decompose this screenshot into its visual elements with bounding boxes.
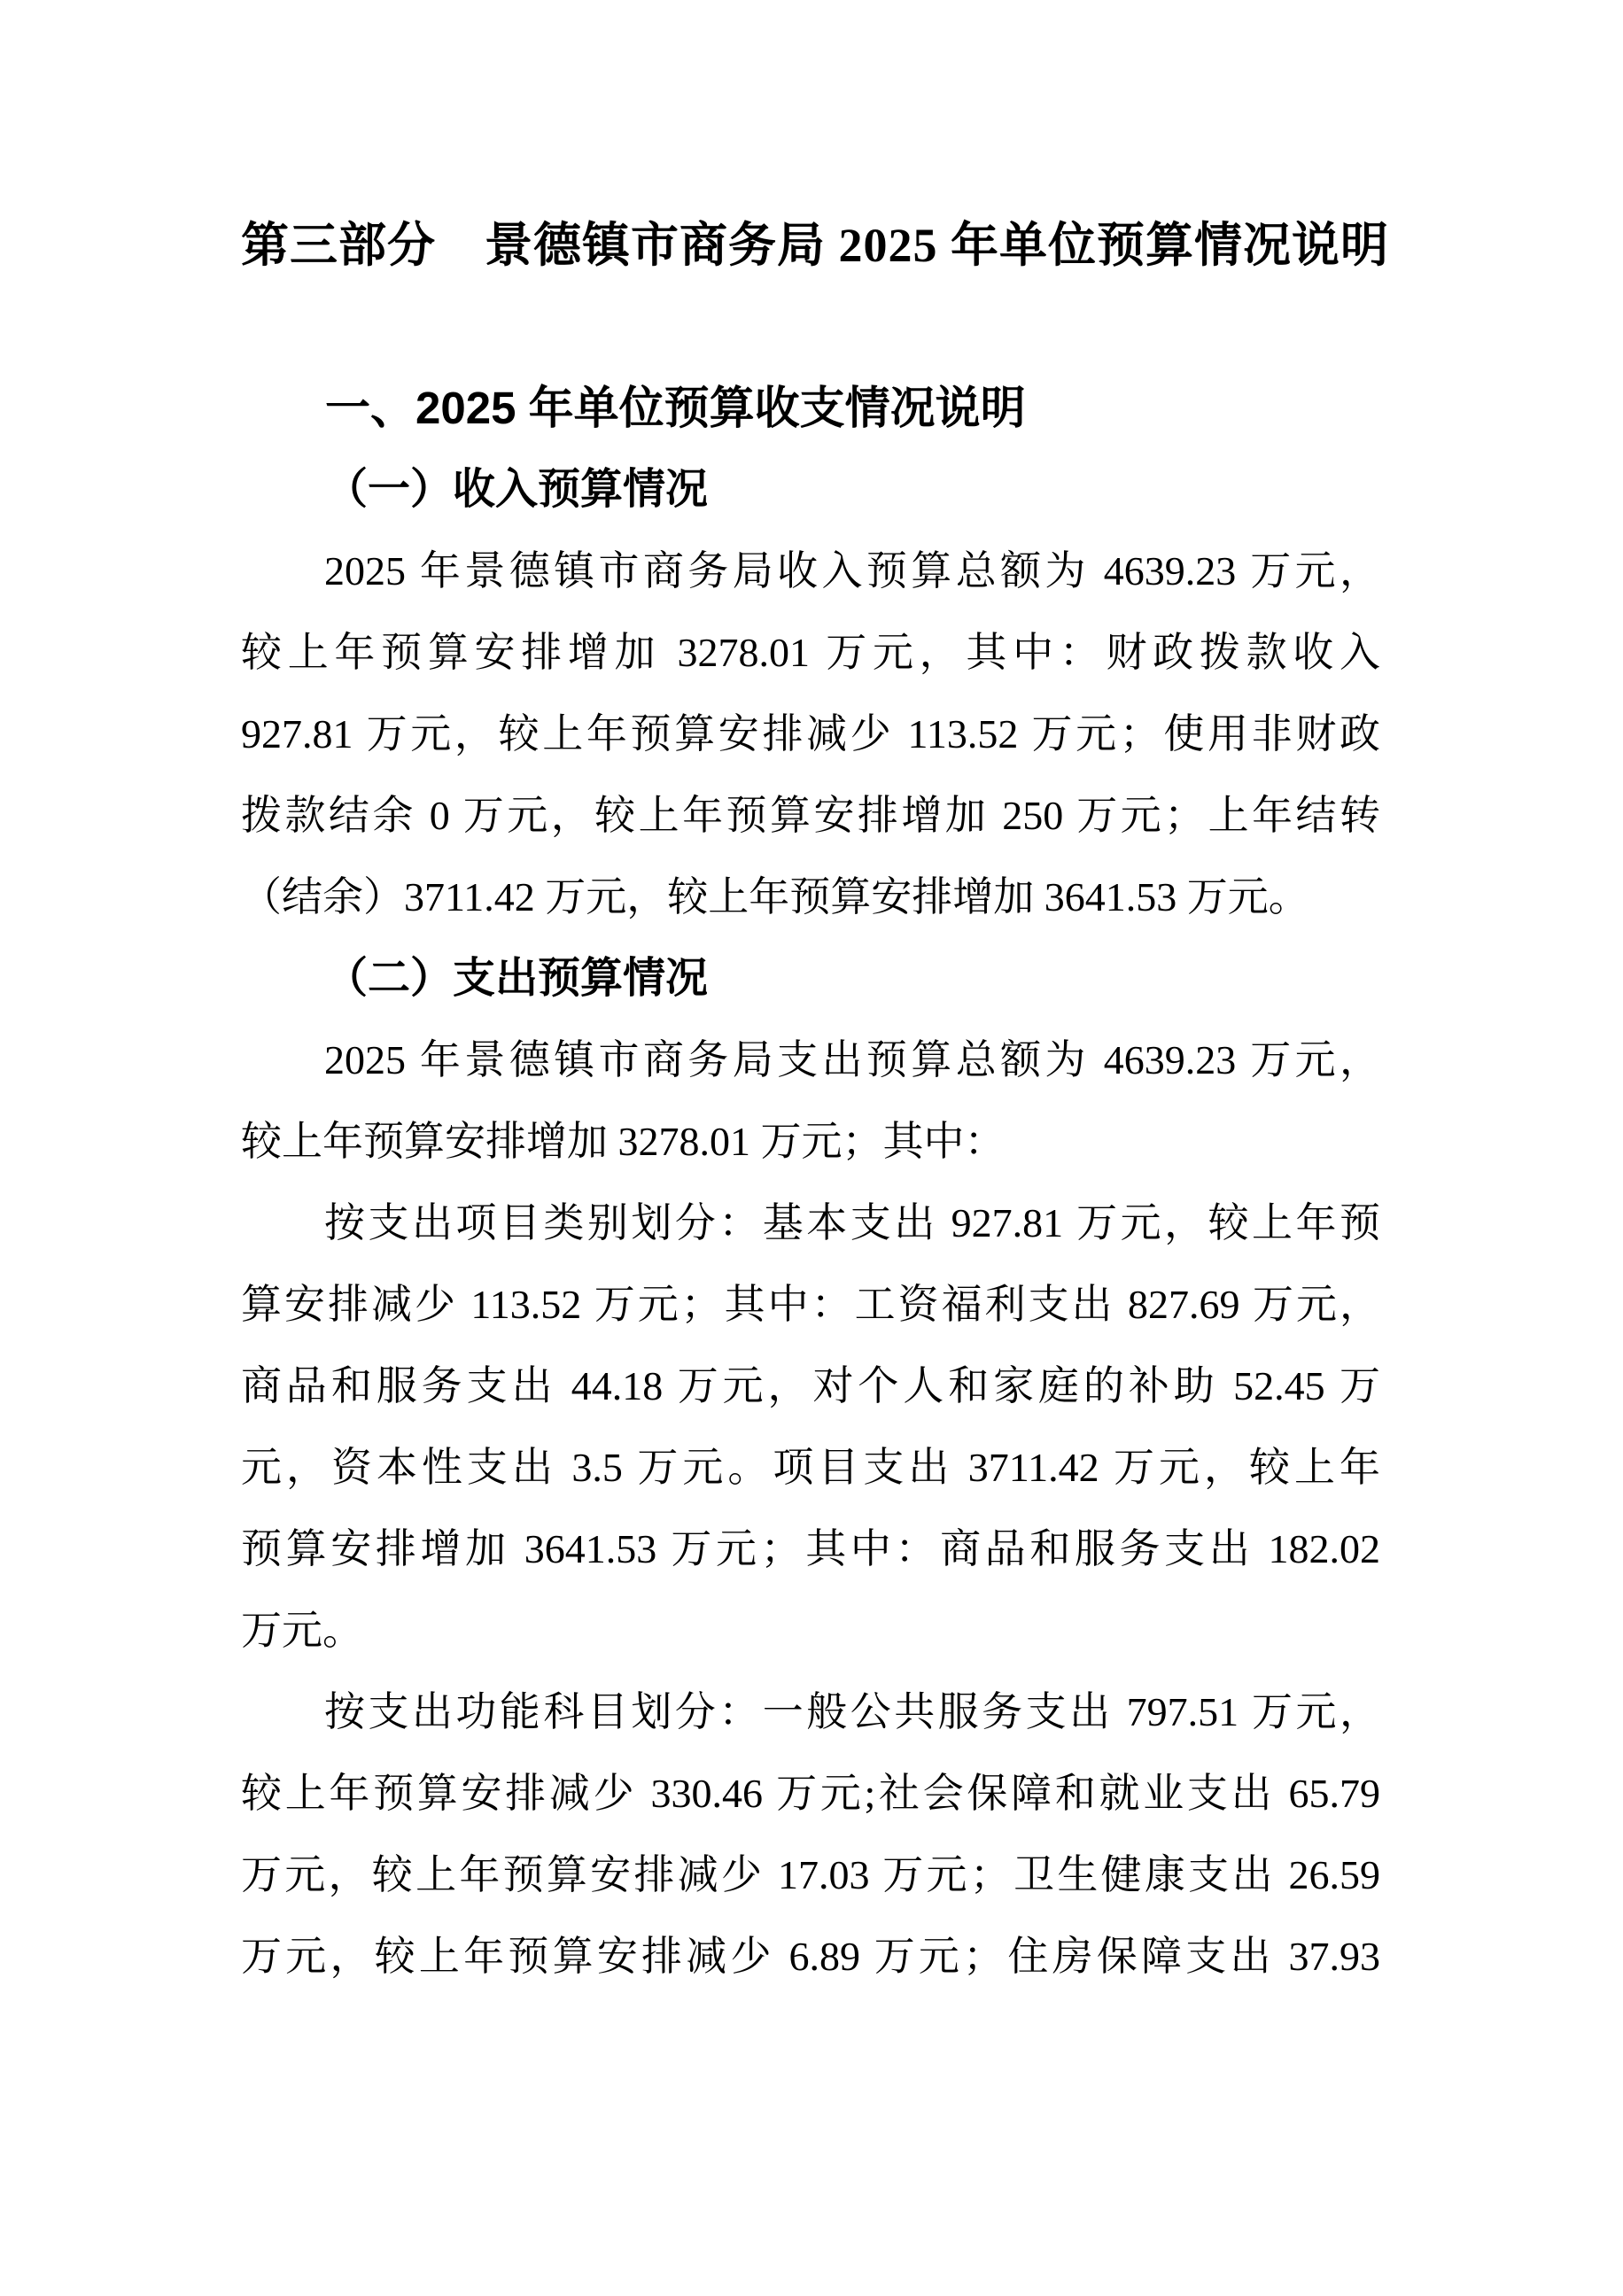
paragraph-line: 较上年预算安排增加 3278.01 万元，其中：财政拨款收入 [241, 612, 1380, 694]
paragraph-income-budget: 2025 年景德镇市商务局收入预算总额为 4639.23 万元，较上年预算安排增… [241, 531, 1380, 938]
paragraph-line: 拨款结余 0 万元，较上年预算安排增加 250 万元；上年结转 [241, 775, 1380, 857]
paragraph-expense-total: 2025 年景德镇市商务局支出预算总额为 4639.23 万元，较上年预算安排增… [241, 1020, 1380, 1183]
paragraph-line: 2025 年景德镇市商务局收入预算总额为 4639.23 万元， [241, 531, 1380, 612]
paragraph-line: 2025 年景德镇市商务局支出预算总额为 4639.23 万元， [241, 1020, 1380, 1101]
paragraph-line: 商品和服务支出 44.18 万元，对个人和家庭的补助 52.45 万 [241, 1346, 1380, 1427]
paragraph-line: 万元，较上年预算安排减少 6.89 万元；住房保障支出 37.93 [241, 1916, 1380, 1997]
paragraph-expense-by-category: 按支出项目类别划分：基本支出 927.81 万元，较上年预算安排减少 113.5… [241, 1183, 1380, 1672]
document-page: 第三部分 景德镇市商务局 2025 年单位预算情况说明 一、2025 年单位预算… [0, 0, 1623, 2296]
paragraph-line: 按支出功能科目划分：一般公共服务支出 797.51 万元， [241, 1672, 1380, 1753]
document-content: 第三部分 景德镇市商务局 2025 年单位预算情况说明 一、2025 年单位预算… [241, 205, 1380, 1997]
paragraph-line: （结余）3711.42 万元，较上年预算安排增加 3641.53 万元。 [241, 857, 1380, 938]
paragraph-line: 算安排减少 113.52 万元；其中：工资福利支出 827.69 万元， [241, 1264, 1380, 1346]
paragraph-line: 较上年预算安排增加 3278.01 万元；其中： [241, 1101, 1380, 1183]
paragraph-line: 元，资本性支出 3.5 万元。项目支出 3711.42 万元，较上年 [241, 1427, 1380, 1509]
paragraph-line: 预算安排增加 3641.53 万元；其中：商品和服务支出 182.02 [241, 1509, 1380, 1590]
blank-line [241, 286, 1380, 368]
paragraph-line: 927.81 万元，较上年预算安排减少 113.52 万元；使用非财政 [241, 694, 1380, 775]
paragraph-line: 万元。 [241, 1590, 1380, 1672]
subsection-heading-expense: （二）支出预算情况 [241, 938, 1380, 1020]
subsection-heading-income: （一）收入预算情况 [241, 449, 1380, 531]
paragraph-line: 按支出项目类别划分：基本支出 927.81 万元，较上年预 [241, 1183, 1380, 1264]
section-heading-budget-overview: 一、2025 年单位预算收支情况说明 [241, 368, 1380, 449]
paragraph-line: 万元，较上年预算安排减少 17.03 万元；卫生健康支出 26.59 [241, 1834, 1380, 1916]
document-title: 第三部分 景德镇市商务局 2025 年单位预算情况说明 [241, 205, 1380, 286]
paragraph-expense-by-function: 按支出功能科目划分：一般公共服务支出 797.51 万元，较上年预算安排减少 3… [241, 1672, 1380, 1997]
paragraph-line: 较上年预算安排减少 330.46 万元;社会保障和就业支出 65.79 [241, 1753, 1380, 1834]
